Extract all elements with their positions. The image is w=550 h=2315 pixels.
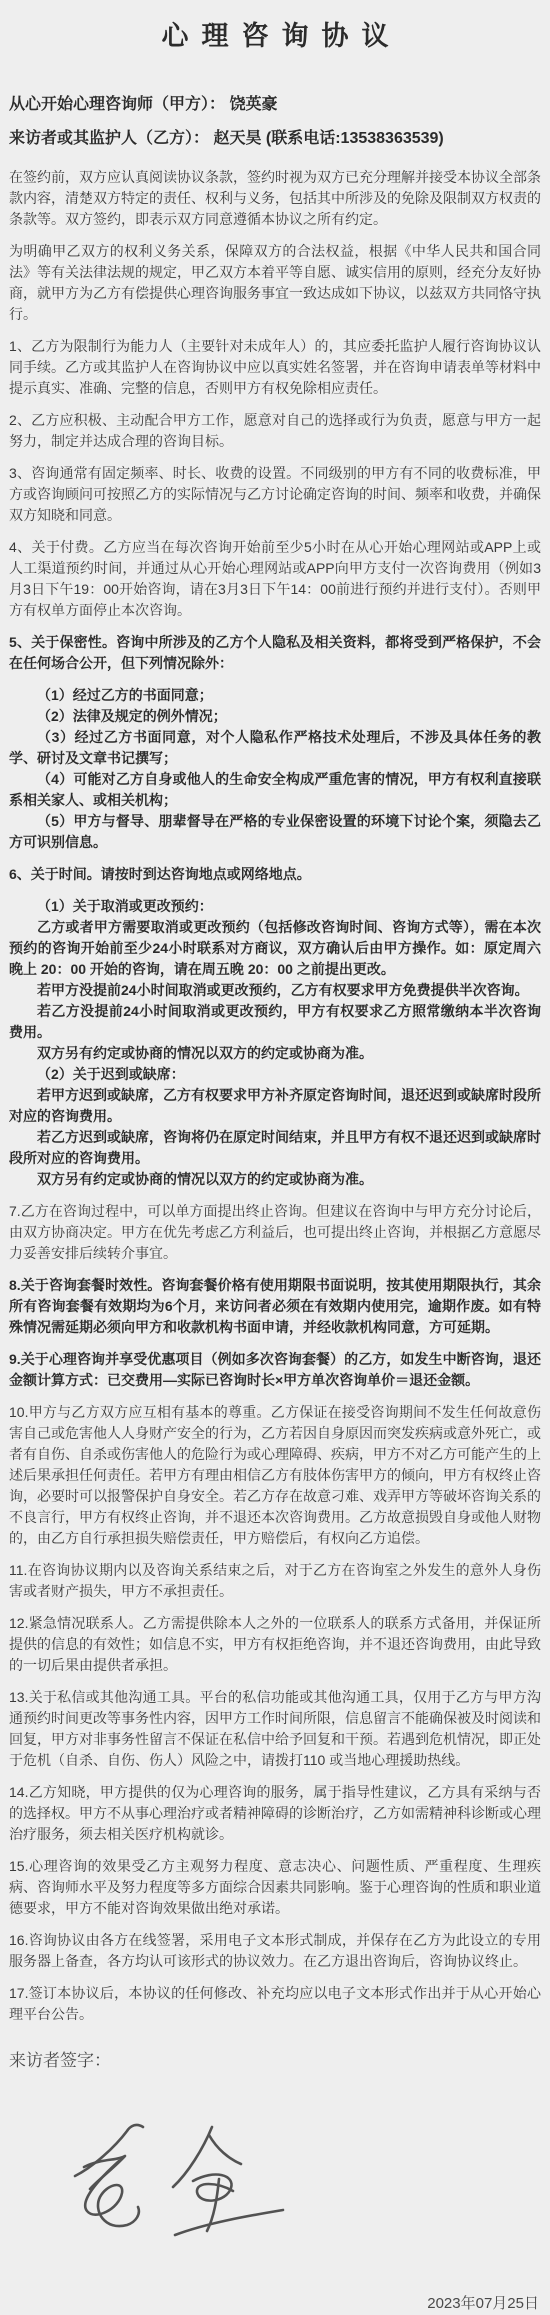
agreement-paragraph: （1）经过乙方的书面同意； <box>9 685 541 706</box>
agreement-paragraph: （1）关于取消或更改预约： <box>9 896 541 917</box>
agreement-paragraph: 若乙方没提前24小时间取消或更改预约，甲方有权要求乙方照常缴纳本半次咨询费用。 <box>9 1001 541 1043</box>
agreement-document: 心理咨询协议 从心开始心理咨询师（甲方）： 饶英豪 来访者或其监护人（乙方）： … <box>0 0 550 2315</box>
agreement-paragraph: 2、乙方应积极、主动配合甲方工作，愿意对自己的选择或行为负责，愿意与甲方一起努力… <box>9 410 541 452</box>
agreement-paragraph: 3、咨询通常有固定频率、时长、收费的设置。不同级别的甲方有不同的收费标准，甲方或… <box>9 463 541 526</box>
agreement-paragraph: 4、关于付费。乙方应当在每次咨询开始前至少5小时在从心开始心理网站或APP上或人… <box>9 537 541 621</box>
agreement-paragraph: 12.紧急情况联系人。乙方需提供除本人之外的一位联系人的联系方式备用，并保证所提… <box>9 1613 541 1676</box>
agreement-paragraph: 17.签订本协议后，本协议的任何修改、补充均应以电子文本形式作出并于从心开始心理… <box>9 1983 541 2025</box>
party-a-line: 从心开始心理咨询师（甲方）： 饶英豪 <box>9 88 541 122</box>
agreement-paragraph: （2）关于迟到或缺席： <box>9 1064 541 1085</box>
agreement-paragraph: 在签约前，双方应认真阅读协议条款，签约时视为双方已充分理解并接受本协议全部条款内… <box>9 167 541 230</box>
signature-date: 2023年07月25日 <box>9 2293 539 2315</box>
agreement-paragraph: 14.乙方知晓，甲方提供的仅为心理咨询的服务，属于指导性建议，乙方具有采纳与否的… <box>9 1782 541 1845</box>
agreement-body: 在签约前，双方应认真阅读协议条款，签约时视为双方已充分理解并接受本协议全部条款内… <box>9 167 541 2025</box>
agreement-paragraph: 16.咨询协议由各方在线签署，采用电子文本形式制成，并保存在乙方为此设立的专用服… <box>9 1930 541 1972</box>
agreement-paragraph: 乙方或者甲方需要取消或更改预约（包括修改咨询时间、咨询方式等），需在本次预约的咨… <box>9 917 541 980</box>
party-b-line: 来访者或其监护人（乙方）： 赵天昊 (联系电话:13538363539) <box>9 122 541 156</box>
agreement-paragraph: 15.心理咨询的效果受乙方主观努力程度、意志决心、问题性质、严重程度、生理疾病、… <box>9 1856 541 1919</box>
agreement-paragraph: （2）法律及规定的例外情况； <box>9 706 541 727</box>
agreement-paragraph: 双方另有约定或协商的情况以双方的约定或协商为准。 <box>9 1169 541 1190</box>
agreement-paragraph: 7.乙方在咨询过程中，可以单方面提出终止咨询。但建议在咨询中与甲方充分讨论后，由… <box>9 1201 541 1264</box>
agreement-paragraph: 13.关于私信或其他沟通工具。平台的私信功能或其他沟通工具，仅用于乙方与甲方沟通… <box>9 1687 541 1771</box>
agreement-paragraph: 8.关于咨询套餐时效性。咨询套餐价格有使用期限书面说明，按其使用期限执行，其余所… <box>9 1275 541 1338</box>
agreement-paragraph: 10.甲方与乙方双方应互相有基本的尊重。乙方保证在接受咨询期间不发生任何故意伤害… <box>9 1402 541 1549</box>
agreement-paragraph: 6、关于时间。请按时到达咨询地点或网络地点。 <box>9 864 541 885</box>
agreement-paragraph: （4）可能对乙方自身或他人的生命安全构成严重危害的情况，甲方有权利直接联系相关家… <box>9 769 541 811</box>
agreement-paragraph: （5）甲方与督导、朋辈督导在严格的专业保密设置的环境下讨论个案，须隐去乙方可识别… <box>9 811 541 853</box>
agreement-paragraph: 11.在咨询协议期内以及咨询关系结束之后，对于乙方在咨询室之外发生的意外人身伤害… <box>9 1560 541 1602</box>
signature-section: 来访者签字： 2023年07月25日 <box>9 2049 541 2315</box>
agreement-paragraph: 5、关于保密性。咨询中所涉及的乙方个人隐私及相关资料，都将受到严格保护，不会在任… <box>9 632 541 674</box>
agreement-paragraph: 双方另有约定或协商的情况以双方的约定或协商为准。 <box>9 1043 541 1064</box>
agreement-paragraph: 1、乙方为限制行为能力人（主要针对未成年人）的，其应委托监护人履行咨询协议认同手… <box>9 336 541 399</box>
agreement-paragraph: 为明确甲乙双方的权利义务关系，保障双方的合法权益，根据《中华人民共和国合同法》等… <box>9 241 541 325</box>
agreement-paragraph: 若甲方没提前24小时间取消或更改预约，乙方有权要求甲方免费提供半次咨询。 <box>9 980 541 1001</box>
agreement-paragraph: 9.关于心理咨询并享受优惠项目（例如多次咨询套餐）的乙方，如发生中断咨询，退还金… <box>9 1349 541 1391</box>
agreement-paragraph: 若甲方迟到或缺席，乙方有权要求甲方补齐原定咨询时间，退还迟到或缺席时段所对应的咨… <box>9 1085 541 1127</box>
agreement-paragraph: 若乙方迟到或缺席，咨询将仍在原定时间结束，并且甲方有权不退还迟到或缺席时段所对应… <box>9 1127 541 1169</box>
page-title: 心理咨询协议 <box>9 14 541 58</box>
signature-label: 来访者签字： <box>9 2049 541 2073</box>
handwritten-signature <box>57 2119 317 2279</box>
agreement-paragraph: （3）经过乙方书面同意，对个人隐私作严格技术处理后，不涉及具体任务的教学、研讨及… <box>9 727 541 769</box>
